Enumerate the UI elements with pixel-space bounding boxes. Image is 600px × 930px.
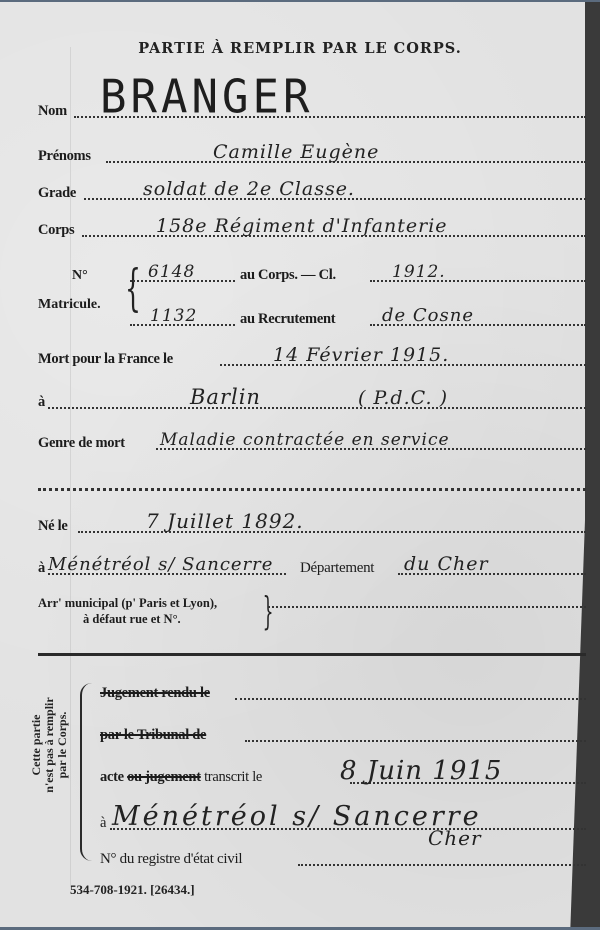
registre-label: N° du registre d'état civil xyxy=(100,851,242,868)
departement-value: du Cher xyxy=(404,553,489,575)
jugement-label: Jugement rendu le xyxy=(100,685,210,702)
mort-a-label: à xyxy=(38,394,45,411)
au-recrutement-label: au Recrutement xyxy=(240,311,335,328)
side-note: Cette partie n'est pas à remplir par le … xyxy=(30,670,69,820)
tribunal-dotted-line xyxy=(245,740,586,742)
departement-label: Département xyxy=(300,560,374,577)
arr-municipal-dotted-line xyxy=(268,606,586,608)
field-prenoms: Prénoms Camille Eugène xyxy=(38,143,586,167)
field-matricule-recrutement: 1132 au Recrutement de Cosne xyxy=(130,306,586,330)
field-ne-a: à Ménétréol s/ Sancerre Département du C… xyxy=(38,555,586,579)
field-matricule-corps: 6148 au Corps. — Cl. 1912. xyxy=(130,262,586,286)
ne-le-value: 7 Juillet 1892. xyxy=(146,509,304,533)
nom-value: BRANGER xyxy=(100,71,313,125)
recrutement-value: de Cosne xyxy=(382,305,474,326)
margin-line xyxy=(70,47,71,887)
prenoms-value: Camille Eugène xyxy=(213,141,379,163)
field-mort-a: à Barlin ( P.d.C. ) xyxy=(38,389,586,413)
arr-municipal-label-line2: à défaut rue et N°. xyxy=(83,612,181,627)
blank-dotted-line xyxy=(38,488,586,491)
ne-le-label: Né le xyxy=(38,518,68,535)
lieu-value-extra: Cher xyxy=(428,826,482,926)
section2-brace xyxy=(80,683,92,861)
nom-label: Nom xyxy=(38,103,67,120)
field-ne-le: Né le 7 Juillet 1892. xyxy=(38,513,586,537)
matricule-label: Matricule. xyxy=(38,297,101,313)
jugement-dotted-line xyxy=(235,698,586,700)
arr-municipal-label-line1: Arr' municipal (p' Paris et Lyon), xyxy=(38,596,217,611)
grade-label: Grade xyxy=(38,185,76,202)
genre-mort-label: Genre de mort xyxy=(38,435,125,452)
arr-municipal-brace: } xyxy=(263,592,274,630)
acte-prefix: acte xyxy=(100,769,124,785)
matricule-corps-number: 6148 xyxy=(148,262,195,282)
prenoms-label: Prénoms xyxy=(38,148,91,165)
matricule-recrutement-number: 1132 xyxy=(150,306,197,326)
lieu-value: Ménétréol s/ Sancerre xyxy=(112,801,482,832)
mort-a-value-extra: ( P.d.C. ) xyxy=(358,387,448,409)
mort-a-dotted-line xyxy=(48,407,586,409)
ne-a-value: Ménétréol s/ Sancerre xyxy=(48,554,273,575)
mort-le-value: 14 Février 1915. xyxy=(273,344,449,366)
form-reference-code: 534-708-1921. [26434.] xyxy=(70,882,195,898)
field-corps: Corps 158e Régiment d'Infanterie xyxy=(38,217,586,241)
lieu-label: à xyxy=(100,815,106,832)
window-top-border xyxy=(0,0,600,2)
genre-mort-value: Maladie contractée en service xyxy=(160,430,450,450)
field-tribunal: par le Tribunal de xyxy=(100,722,586,746)
matricule-no-label: N° xyxy=(72,268,88,284)
acte-label: acte ou jugement transcrit le xyxy=(100,769,262,786)
field-acte: acte ou jugement transcrit le 8 Juin 191… xyxy=(100,764,586,788)
field-jugement: Jugement rendu le xyxy=(100,680,586,704)
mort-a-value: Barlin xyxy=(190,385,261,409)
side-note-line3: par le Corps. xyxy=(56,670,69,820)
corps-label: Corps xyxy=(38,222,74,239)
grade-value: soldat de 2e Classe. xyxy=(143,178,355,200)
tribunal-label: par le Tribunal de xyxy=(100,727,206,744)
field-grade: Grade soldat de 2e Classe. xyxy=(38,180,586,204)
field-lieu: à Ménétréol s/ Sancerre xyxy=(100,810,586,834)
field-mort-le: Mort pour la France le 14 Février 1915. xyxy=(38,346,586,370)
mort-le-label: Mort pour la France le xyxy=(38,351,173,368)
acte-suffix: transcrit le xyxy=(204,769,262,785)
ne-a-label: à xyxy=(38,560,45,577)
section-divider xyxy=(38,653,586,656)
field-genre-mort: Genre de mort Maladie contractée en serv… xyxy=(38,430,586,454)
au-corps-label: au Corps. — Cl. xyxy=(240,267,336,284)
classe-value: 1912. xyxy=(392,262,446,282)
field-registre: N° du registre d'état civil xyxy=(100,846,586,870)
corps-value: 158e Régiment d'Infanterie xyxy=(156,215,448,237)
registre-dotted-line xyxy=(298,864,586,866)
acte-struck: ou jugement xyxy=(127,769,201,785)
acte-value: 8 Juin 1915 xyxy=(340,756,502,786)
document-title: PARTIE À REMPLIR PAR LE CORPS. xyxy=(0,40,600,57)
